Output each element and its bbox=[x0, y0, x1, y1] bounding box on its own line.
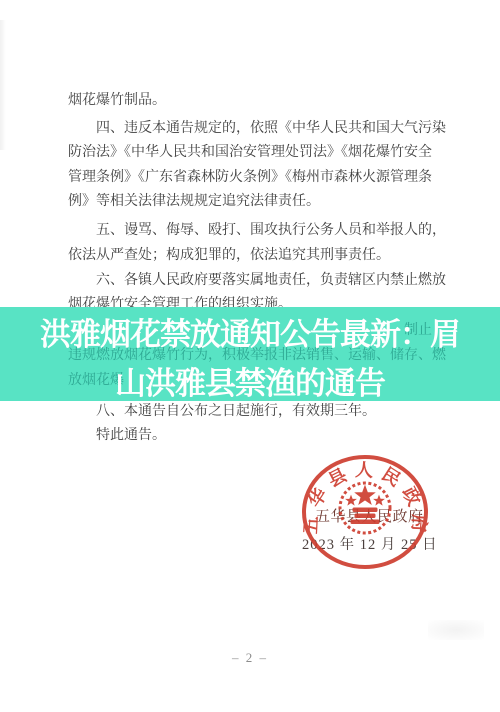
headline-line1: 洪雅烟花禁放通知公告最新：眉 bbox=[40, 320, 460, 351]
doc-line: 防治法》《中华人民共和国治安管理处罚法》《烟花爆竹安全 bbox=[68, 145, 432, 160]
headline-banner: 制止 违规燃放烟花爆竹行为，积极举报非法销售、运输、储存、燃 放烟花爆 洪雅烟花… bbox=[0, 307, 500, 401]
scan-smudge-bottom bbox=[428, 620, 484, 640]
document-page: 烟花爆竹制品。 四、违反本通告规定的，依照《中华人民共和国大气污染 防治法》《中… bbox=[0, 0, 500, 712]
doc-line: 烟花爆竹制品。 bbox=[68, 93, 166, 108]
official-seal-icon: 五华县人民政府 bbox=[291, 450, 441, 580]
doc-line: 四、违反本通告规定的，依照《中华人民共和国大气污染 bbox=[96, 121, 446, 136]
page-number: – 2 – bbox=[0, 650, 500, 666]
scan-smudge-left bbox=[0, 20, 6, 150]
doc-line: 管理条例》《广东省森林防火条例》《梅州市森林火源管理条 bbox=[68, 170, 432, 185]
doc-line: 八、本通告自公布之日起施行，有效期三年。 bbox=[96, 404, 376, 419]
doc-line: 五、谩骂、侮辱、殴打、围攻执行公务人员和举报人的， bbox=[96, 223, 446, 238]
headline-line2: 山洪雅县禁渔的通告 bbox=[115, 369, 385, 400]
doc-line: 例》等相关法律法规规定追究法律责任。 bbox=[68, 194, 320, 209]
seal-emblem bbox=[340, 483, 390, 533]
doc-line: 特此通告。 bbox=[96, 428, 166, 443]
doc-line: 依法从严查处；构成犯罪的，依法追究其刑事责任。 bbox=[68, 248, 390, 263]
doc-line: 六、各镇人民政府要落实属地责任，负责辖区内禁止燃放 bbox=[96, 273, 446, 288]
